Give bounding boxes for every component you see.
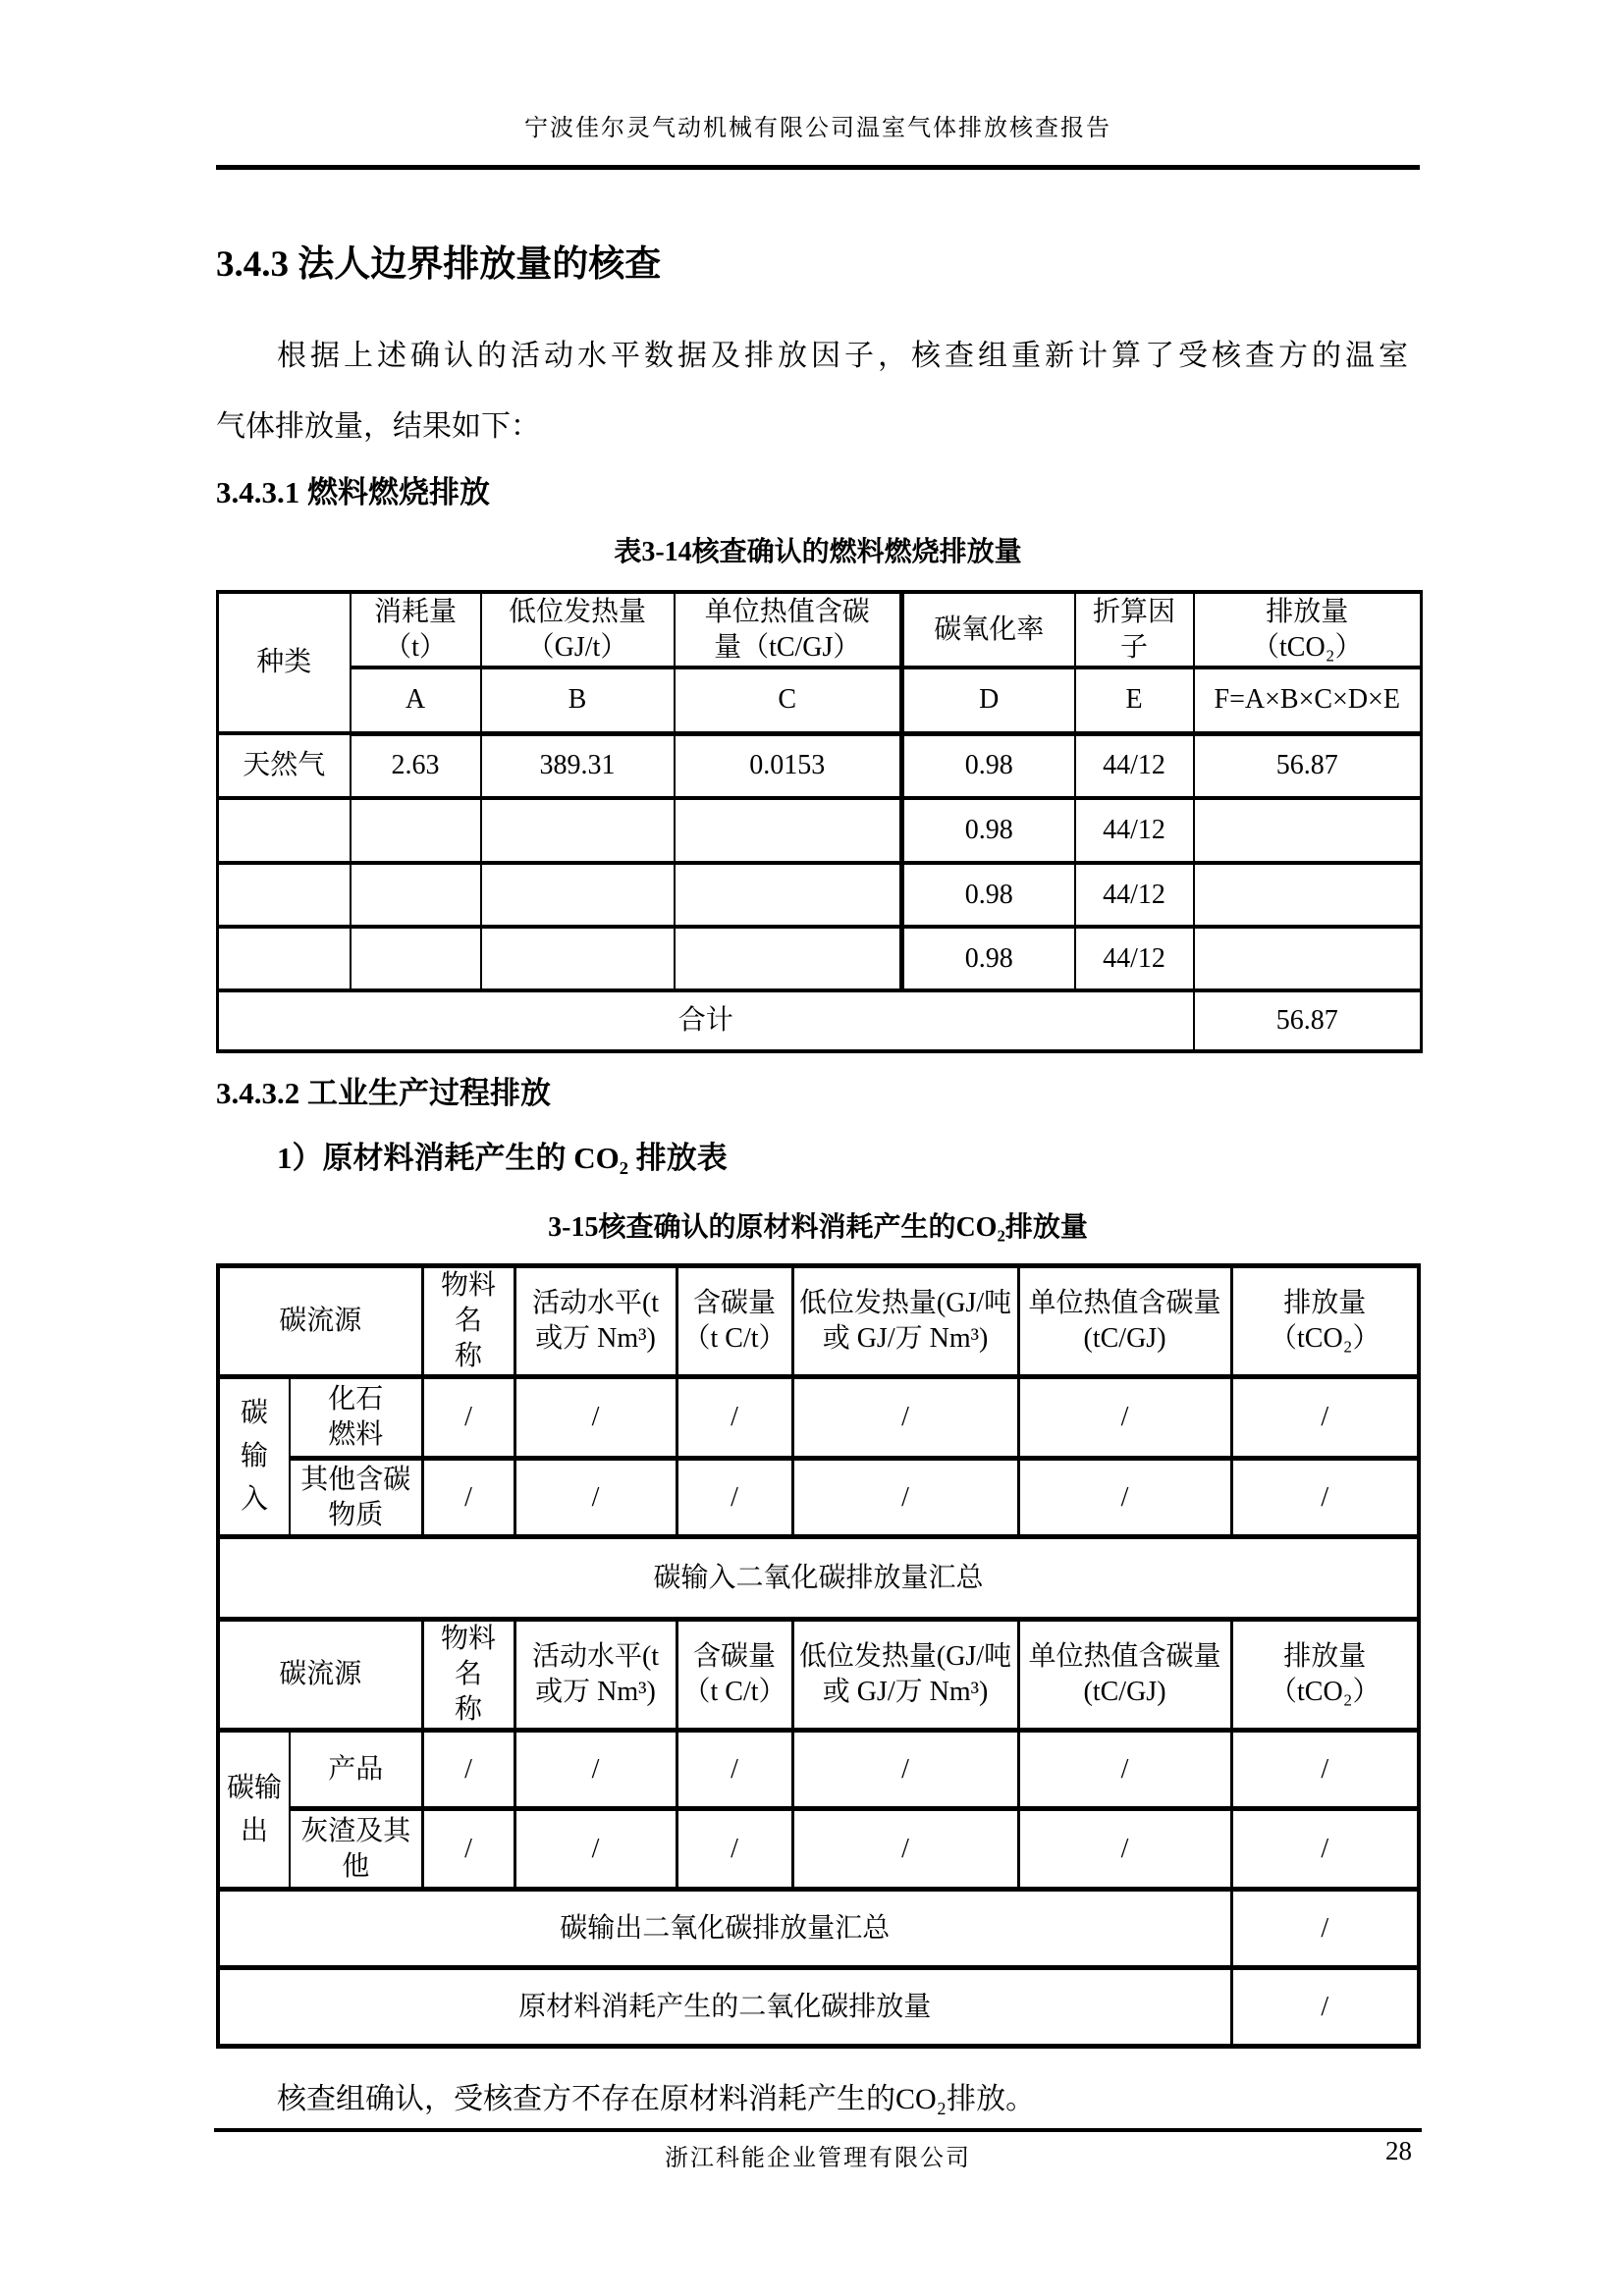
header-cell-col-e: E <box>1075 667 1194 733</box>
cell-value: / <box>422 1809 514 1890</box>
cell-value <box>1194 863 1422 927</box>
page-content: 宁波佳尔灵气动机械有限公司温室气体排放核查报告 3.4.3 法人边界排放量的核查… <box>216 0 1420 2135</box>
cell-value: 44/12 <box>1075 927 1194 990</box>
intro-paragraph: 根据上述确认的活动水平数据及排放因子，核查组重新计算了受核查方的温室 气体排放量… <box>216 321 1420 462</box>
table-row: 其他含碳 物质 / / / / / / <box>218 1459 1419 1537</box>
row-label-fossil-fuel: 化石 燃料 <box>290 1377 422 1459</box>
cell-value <box>481 863 675 927</box>
heading-item-1: 1）原材料消耗产生的 CO₂ 排放表 <box>216 1140 1420 1177</box>
header-cell-activity: 活动水平(t 或万 Nm³) <box>514 1266 677 1377</box>
cell-value <box>481 798 675 863</box>
table-3-15-raw-material-emission: 碳流源 物料名 称 活动水平(t 或万 Nm³) 含碳量 （t C/t） 低位发… <box>216 1263 1421 2049</box>
cell-value: 56.87 <box>1194 733 1422 798</box>
heading-3-4-3-2: 3.4.3.2 工业生产过程排放 <box>216 1075 1420 1112</box>
cell-value <box>675 798 902 863</box>
output-summary-value-cell: / <box>1231 1890 1419 1968</box>
cell-value: / <box>1231 1731 1419 1809</box>
table-row: 碳输 出 产品 / / / / / / <box>218 1731 1419 1809</box>
table-row: 合计 56.87 <box>218 990 1422 1051</box>
cell-value: 44/12 <box>1075 798 1194 863</box>
table-row: 0.98 44/12 <box>218 863 1422 927</box>
header-cell-category: 种类 <box>218 592 351 733</box>
header-cell-carbon-content: 单位热值含碳 量（tC/GJ） <box>675 592 902 667</box>
cell-value: / <box>422 1459 514 1537</box>
cell-value: 0.98 <box>902 798 1075 863</box>
cell-value: / <box>792 1377 1018 1459</box>
intro-paragraph-line-1: 根据上述确认的活动水平数据及排放因子，核查组重新计算了受核查方的温室 <box>216 321 1420 392</box>
cell-value: 44/12 <box>1075 733 1194 798</box>
table-row: 灰渣及其 他 / / / / / / <box>218 1809 1419 1890</box>
header-cell-ncv: 低位发热量 （GJ/t） <box>481 592 675 667</box>
footer-page-number: 28 <box>1385 2136 1412 2166</box>
header-cell-consumption: 消耗量 （t） <box>351 592 481 667</box>
output-summary-label-cell: 碳输出二氧化碳排放量汇总 <box>218 1890 1231 1968</box>
row-label-product: 产品 <box>290 1731 422 1809</box>
cell-fuel-type <box>218 927 351 990</box>
header-cell-material: 物料名 称 <box>422 1620 514 1731</box>
header-cell-col-a: A <box>351 667 481 733</box>
cell-value: / <box>677 1459 792 1537</box>
header-cell-ncv: 低位发热量(GJ/吨 或 GJ/万 Nm³) <box>792 1620 1018 1731</box>
header-cell-carbon-flow: 碳流源 <box>218 1266 422 1377</box>
table-row: 碳流源 物料名 称 活动水平(t 或万 Nm³) 含碳量 （t C/t） 低位发… <box>218 1266 1419 1377</box>
header-cell-ncv: 低位发热量(GJ/吨 或 GJ/万 Nm³) <box>792 1266 1018 1377</box>
page-footer: 浙江科能企业管理有限公司 28 <box>214 2128 1422 2173</box>
cell-value: / <box>792 1459 1018 1537</box>
cell-value: / <box>677 1377 792 1459</box>
conclusion-paragraph: 核查组确认，受核查方不存在原材料消耗产生的CO₂排放。 <box>216 2064 1420 2135</box>
header-cell-unit-carbon: 单位热值含碳量 (tC/GJ) <box>1018 1620 1231 1731</box>
header-cell-material: 物料名 称 <box>422 1266 514 1377</box>
header-divider-rule <box>216 165 1420 170</box>
header-cell-carbon-flow: 碳流源 <box>218 1620 422 1731</box>
cell-value: 2.63 <box>351 733 481 798</box>
footer-divider-rule <box>214 2128 1422 2132</box>
cell-value <box>675 927 902 990</box>
cell-value: / <box>1018 1377 1231 1459</box>
total-value-cell: 56.87 <box>1194 990 1422 1051</box>
table-row: 碳输出二氧化碳排放量汇总 / <box>218 1890 1419 1968</box>
cell-value: 389.31 <box>481 733 675 798</box>
cell-value <box>351 927 481 990</box>
table-row: A B C D E F=A×B×C×D×E <box>218 667 1422 733</box>
cell-value: / <box>422 1731 514 1809</box>
row-label-ash-other: 灰渣及其 他 <box>290 1809 422 1890</box>
cell-value: 0.98 <box>902 733 1075 798</box>
final-row-value-cell: / <box>1231 1968 1419 2047</box>
header-cell-col-f: F=A×B×C×D×E <box>1194 667 1422 733</box>
header-cell-col-d: D <box>902 667 1075 733</box>
cell-value <box>675 863 902 927</box>
cell-fuel-type <box>218 798 351 863</box>
table-row: 碳输入二氧化碳排放量汇总 <box>218 1537 1419 1620</box>
cell-value: / <box>1231 1377 1419 1459</box>
header-cell-col-c: C <box>675 667 902 733</box>
cell-value <box>351 863 481 927</box>
final-row-label-cell: 原材料消耗产生的二氧化碳排放量 <box>218 1968 1231 2047</box>
header-cell-carbon-content: 含碳量 （t C/t） <box>677 1266 792 1377</box>
group-cell-carbon-output: 碳输 出 <box>218 1731 290 1890</box>
header-cell-unit-carbon: 单位热值含碳量 (tC/GJ) <box>1018 1266 1231 1377</box>
table-row: 种类 消耗量 （t） 低位发热量 （GJ/t） 单位热值含碳 量（tC/GJ） … <box>218 592 1422 667</box>
cell-value: / <box>677 1809 792 1890</box>
cell-value: 0.98 <box>902 863 1075 927</box>
header-cell-conversion-factor: 折算因 子 <box>1075 592 1194 667</box>
cell-value: / <box>1018 1459 1231 1537</box>
table-3-14-title: 表3-14核查确认的燃料燃烧排放量 <box>216 535 1420 570</box>
cell-value: / <box>1231 1459 1419 1537</box>
table-row: 天然气 2.63 389.31 0.0153 0.98 44/12 56.87 <box>218 733 1422 798</box>
cell-value: 0.0153 <box>675 733 902 798</box>
cell-value <box>1194 927 1422 990</box>
cell-value: 44/12 <box>1075 863 1194 927</box>
table-row: 0.98 44/12 <box>218 798 1422 863</box>
header-cell-emission: 排放量 （tCO₂） <box>1194 592 1422 667</box>
row-label-other-carbon: 其他含碳 物质 <box>290 1459 422 1537</box>
header-cell-emission: 排放量 （tCO₂） <box>1231 1266 1419 1377</box>
cell-fuel-type: 天然气 <box>218 733 351 798</box>
page-header-title: 宁波佳尔灵气动机械有限公司温室气体排放核查报告 <box>216 0 1420 143</box>
cell-value <box>481 927 675 990</box>
table-3-14-fuel-combustion: 种类 消耗量 （t） 低位发热量 （GJ/t） 单位热值含碳 量（tC/GJ） … <box>216 590 1423 1053</box>
table-row: 原材料消耗产生的二氧化碳排放量 / <box>218 1968 1419 2047</box>
input-summary-cell: 碳输入二氧化碳排放量汇总 <box>218 1537 1419 1620</box>
header-cell-oxidation-rate: 碳氧化率 <box>902 592 1075 667</box>
total-label-cell: 合计 <box>218 990 1194 1051</box>
footer-company-name: 浙江科能企业管理有限公司 <box>214 2144 1422 2173</box>
intro-paragraph-line-2: 气体排放量，结果如下： <box>216 392 1420 462</box>
cell-value: / <box>422 1377 514 1459</box>
cell-value: / <box>514 1377 677 1459</box>
cell-value: / <box>514 1731 677 1809</box>
table-row: 碳 输 入 化石 燃料 / / / / / / <box>218 1377 1419 1459</box>
heading-3-4-3: 3.4.3 法人边界排放量的核查 <box>216 242 1420 288</box>
cell-value: / <box>514 1809 677 1890</box>
cell-value <box>1194 798 1422 863</box>
heading-3-4-3-1: 3.4.3.1 燃料燃烧排放 <box>216 474 1420 511</box>
cell-value: / <box>514 1459 677 1537</box>
report-page: 宁波佳尔灵气动机械有限公司温室气体排放核查报告 3.4.3 法人边界排放量的核查… <box>0 0 1624 2296</box>
cell-value: 0.98 <box>902 927 1075 990</box>
table-row: 0.98 44/12 <box>218 927 1422 990</box>
table-3-15-title: 3-15核查确认的原材料消耗产生的CO₂排放量 <box>216 1210 1420 1246</box>
header-cell-emission: 排放量 （tCO₂） <box>1231 1620 1419 1731</box>
group-cell-carbon-input: 碳 输 入 <box>218 1377 290 1537</box>
table-row: 碳流源 物料名 称 活动水平(t 或万 Nm³) 含碳量 （t C/t） 低位发… <box>218 1620 1419 1731</box>
cell-fuel-type <box>218 863 351 927</box>
cell-value: / <box>792 1731 1018 1809</box>
cell-value: / <box>1018 1809 1231 1890</box>
header-cell-col-b: B <box>481 667 675 733</box>
cell-value: / <box>1018 1731 1231 1809</box>
cell-value: / <box>792 1809 1018 1890</box>
header-cell-carbon-content: 含碳量 （t C/t） <box>677 1620 792 1731</box>
cell-value: / <box>677 1731 792 1809</box>
cell-value <box>351 798 481 863</box>
cell-value: / <box>1231 1809 1419 1890</box>
header-cell-activity: 活动水平(t 或万 Nm³) <box>514 1620 677 1731</box>
